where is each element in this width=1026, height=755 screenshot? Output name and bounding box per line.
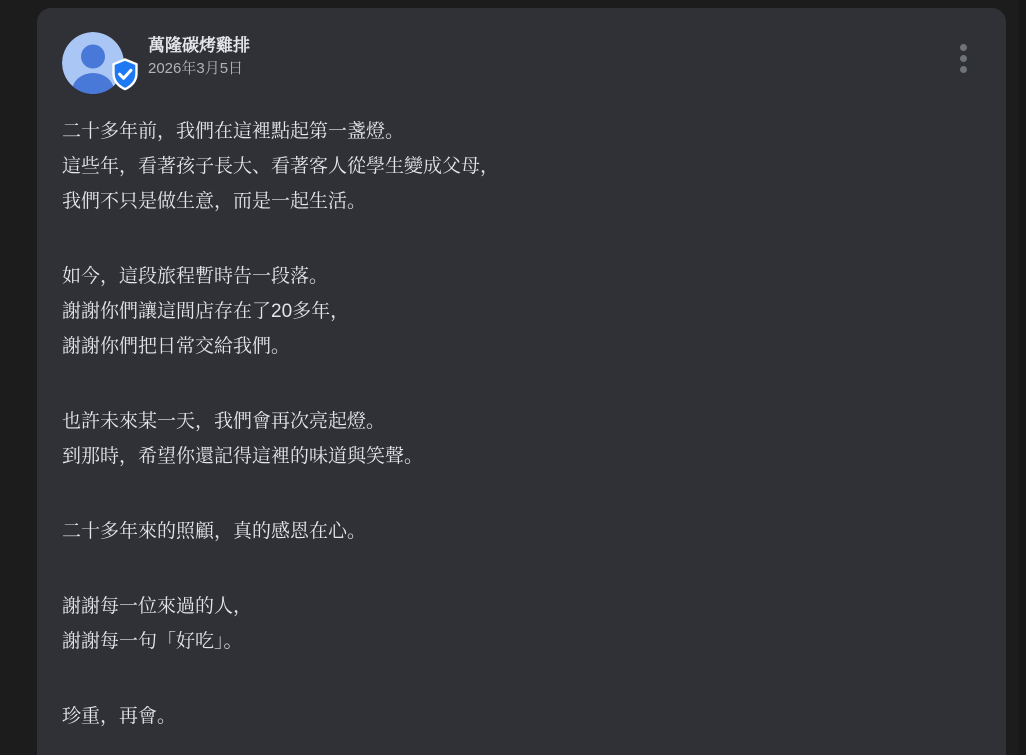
post-menu-button[interactable] [945,40,981,76]
screen-edge [1019,0,1026,755]
post-paragraph: 二十多年前，我們在這裡點起第一盞燈。 這些年，看著孩子長大、看著客人從學生變成父… [62,114,981,219]
author-block: 萬隆碳烤雞排 2026年3月5日 [148,32,250,79]
post-paragraph: 如今，這段旅程暫時告一段落。 謝謝你們讓這間店存在了20多年， 謝謝你們把日常交… [62,259,981,364]
post-paragraph: 二十多年來的照顧，真的感恩在心。 [62,514,981,549]
author-name[interactable]: 萬隆碳烤雞排 [148,35,250,57]
post-paragraph: 也許未來某一天，我們會再次亮起燈。 到那時，希望你還記得這裡的味道與笑聲。 [62,404,981,474]
post-text: 二十多年前，我們在這裡點起第一盞燈。 這些年，看著孩子長大、看著客人從學生變成父… [37,114,1006,734]
verified-badge-icon [110,58,140,92]
post-paragraph: 謝謝每一位來過的人， 謝謝每一句「好吃」。 [62,589,981,659]
post-date[interactable]: 2026年3月5日 [148,59,250,79]
post-paragraph: 珍重，再會。 [62,699,981,734]
post-header: 萬隆碳烤雞排 2026年3月5日 [37,8,1006,94]
avatar[interactable] [62,32,124,94]
post-card: 萬隆碳烤雞排 2026年3月5日 二十多年前，我們在這裡點起第一盞燈。 這些年，… [37,8,1006,755]
